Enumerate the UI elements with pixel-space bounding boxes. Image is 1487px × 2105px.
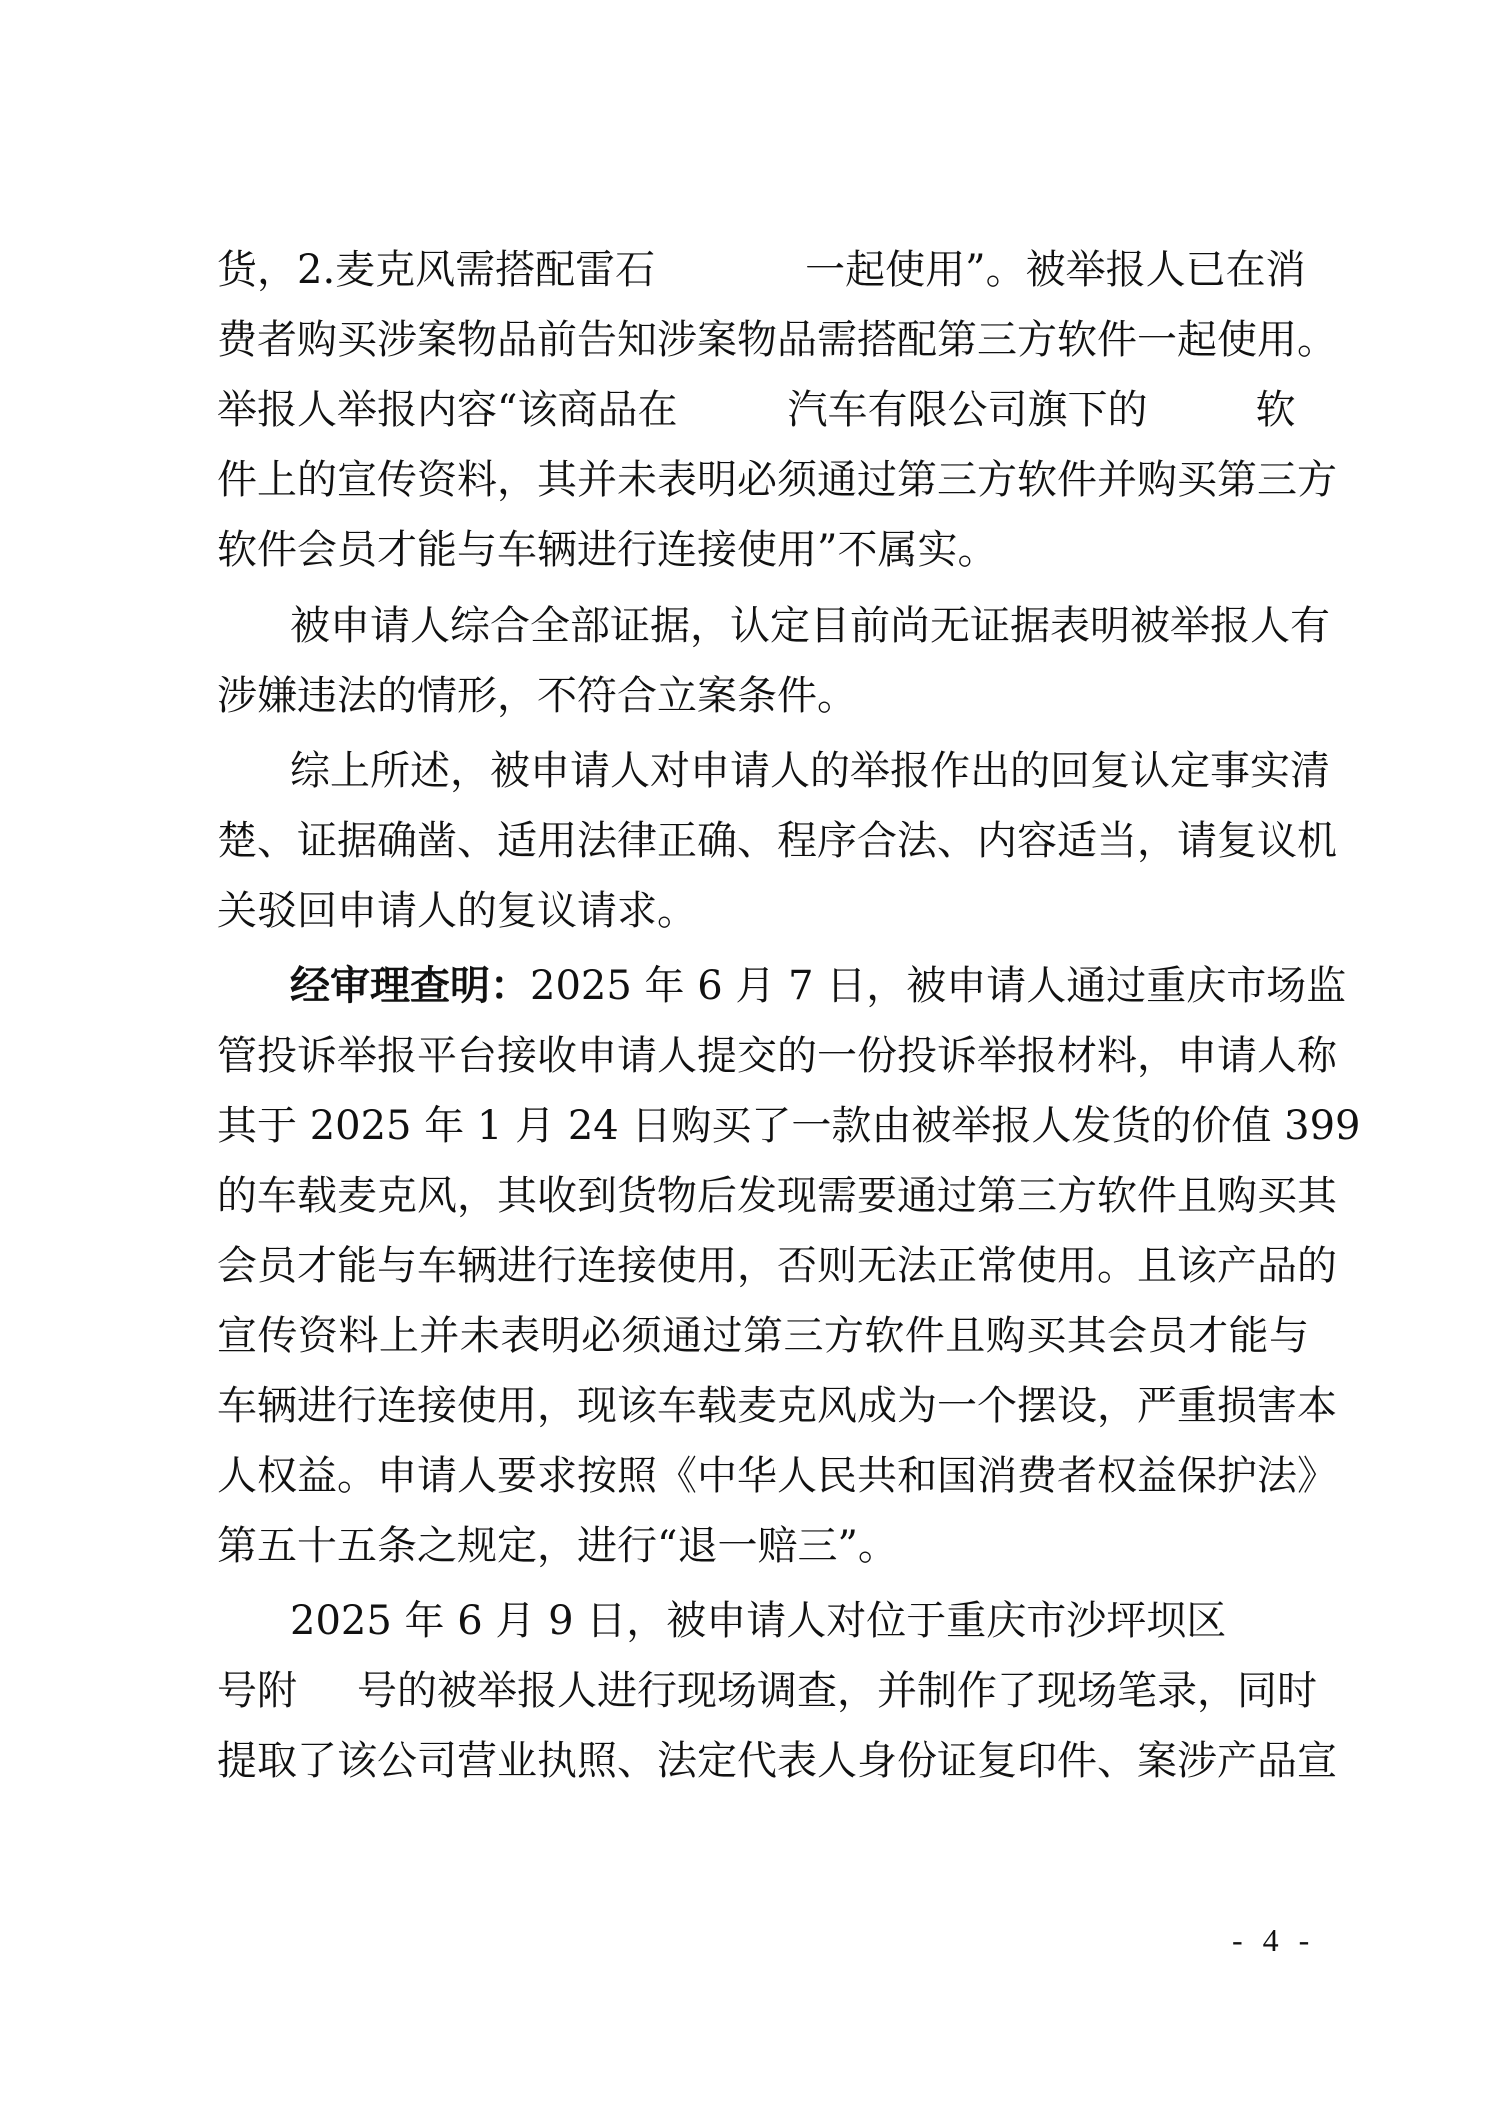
text-segment: 货，2.麦克风需搭配雷石: [217, 247, 655, 293]
text-segment: 一起使用”。被举报人已在消: [805, 247, 1305, 293]
text-line: 管投诉举报平台接收申请人提交的一份投诉举报材料，申请人称: [217, 1028, 1309, 1084]
text-line: 关驳回申请人的复议请求。: [217, 883, 1309, 939]
text-line: 被申请人综合全部证据，认定目前尚无证据表明被举报人有: [290, 598, 1309, 654]
text-line: 举报人举报内容“该商品在汽车有限公司旗下的软: [217, 382, 1309, 438]
text-line: 件上的宣传资料，其并未表明必须通过第三方软件并购买第三方: [217, 452, 1309, 508]
text-segment: 举报人举报内容“该商品在: [217, 387, 677, 433]
text-line: 提取了该公司营业执照、法定代表人身份证复印件、案涉产品宣: [217, 1733, 1309, 1789]
text-segment: 号附: [217, 1668, 297, 1714]
text-line: 楚、证据确凿、适用法律正确、程序合法、内容适当，请复议机: [217, 813, 1309, 869]
text-line: 2025 年 6 月 9 日，被申请人对位于重庆市沙坪坝区: [290, 1593, 1309, 1649]
text-line: 会员才能与车辆进行连接使用，否则无法正常使用。且该产品的: [217, 1238, 1309, 1294]
text-line: 综上所述，被申请人对申请人的举报作出的回复认定事实清: [290, 743, 1309, 799]
text-line: 第五十五条之规定，进行“退一赔三”。: [217, 1518, 1309, 1574]
text-line: 经审理查明：2025 年 6 月 7 日，被申请人通过重庆市场监: [290, 958, 1309, 1014]
text-line: 车辆进行连接使用，现该车载麦克风成为一个摆设，严重损害本: [217, 1378, 1309, 1434]
text-segment: 号的被举报人进行现场调查，并制作了现场笔录，同时: [357, 1668, 1317, 1714]
text-segment: 2025 年 6 月 7 日，被申请人通过重庆市场监: [530, 963, 1346, 1009]
text-line: 的车载麦克风，其收到货物后发现需要通过第三方软件且购买其: [217, 1168, 1309, 1224]
text-segment: 汽车有限公司旗下的: [787, 387, 1147, 433]
page-number: - 4 -: [1232, 1922, 1315, 1959]
text-line: 费者购买涉案物品前告知涉案物品需搭配第三方软件一起使用。: [217, 312, 1309, 368]
text-line: 软件会员才能与车辆进行连接使用”不属实。: [217, 522, 1309, 578]
text-line: 其于 2025 年 1 月 24 日购买了一款由被举报人发货的价值 399: [217, 1098, 1309, 1154]
document-page: 货，2.麦克风需搭配雷石一起使用”。被举报人已在消 费者购买涉案物品前告知涉案物…: [0, 0, 1487, 2105]
text-line: 货，2.麦克风需搭配雷石一起使用”。被举报人已在消: [217, 242, 1309, 298]
text-line: 人权益。申请人要求按照《中华人民共和国消费者权益保护法》: [217, 1448, 1309, 1504]
text-line: 号附号的被举报人进行现场调查，并制作了现场笔录，同时: [217, 1663, 1309, 1719]
text-line: 涉嫌违法的情形，不符合立案条件。: [217, 668, 1309, 724]
text-line: 宣传资料上并未表明必须通过第三方软件且购买其会员才能与: [217, 1308, 1309, 1364]
section-heading: 经审理查明：: [290, 962, 530, 1009]
text-segment: 软: [1255, 387, 1295, 433]
